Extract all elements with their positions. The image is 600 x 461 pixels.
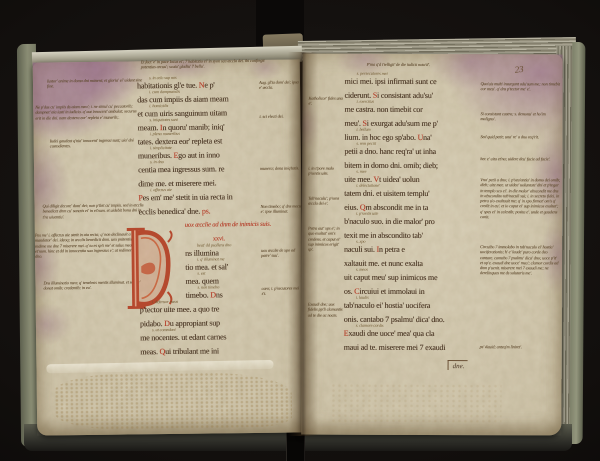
text-segment: timebo.: [186, 290, 211, 299]
marginal-gloss-block: Petra aut' xps e'; in quo exaltat' om's …: [308, 226, 344, 253]
marginal-gloss-block: Ne p'das cu' impiis ds aiam mea'; i. ne …: [35, 103, 141, 120]
psalm-text: tatem dni. et uisitem templu': [344, 189, 496, 199]
manuscript-text-line: s. clamore cordisExaudi dne uoce' mea' q…: [344, 324, 496, 339]
text-segment: naculi sui.: [344, 245, 377, 254]
text-segment: maui ad te. miserere mei 7 exaudi: [344, 343, 446, 352]
manuscript-text-line: s. rem peciitpetii a dno. hanc req'ra' u…: [344, 142, 496, 157]
manuscript-text-line: i. exercitusme castra. non timebit cor: [344, 100, 496, 115]
marginal-gloss-block: i. in t'pore malo p'sentis uite.: [308, 166, 342, 177]
manuscript-text-line: s. persecutores meimici mei. ipsi infirm…: [345, 72, 497, 87]
psalm-text: tab'naculo ei' hostia' uocifera: [344, 301, 496, 311]
psalm-text: Exaudi dne uoce' mea' qua cla: [344, 329, 496, 339]
manuscript-text-line: i. laudistab'naculo ei' hostia' uocifera: [344, 296, 496, 311]
text-segment: os.: [344, 287, 354, 296]
marginal-gloss-block: Exaudi dne; uox fidelis pp'li clamantis …: [308, 302, 344, 318]
marginal-gloss-block: Katholicor' fides una e'.: [308, 96, 344, 107]
manuscript-text-line: maui ad te. miserere mei 7 exaudi: [344, 338, 496, 353]
right-page: 23 P'ma q'd i'telligit' de die iudicii n…: [301, 54, 562, 436]
psalm-text: uit caput meu' sup inimicos me: [344, 273, 496, 283]
text-segment: tatem dni. et uisitem templu': [344, 189, 429, 198]
text-segment: i exurgat adu'sum me p': [367, 119, 438, 128]
text-segment: centia mea ingressus sum. re: [138, 164, 224, 174]
rubric-letter: ps.: [202, 206, 211, 215]
psalm-text: texit me in abscondito tab': [344, 231, 496, 241]
text-segment: e p': [204, 80, 214, 89]
text-segment: p'tector uite mee. a quo tre: [140, 304, 219, 314]
manuscript-text-line: s. meosuit caput meu' sup inimicos me: [344, 268, 496, 283]
manuscript-text-line: s. xponaculi sui. In petra e: [344, 240, 496, 255]
text-segment: b'naculo suo. in die malor' pro: [344, 217, 434, 226]
text-segment: uit caput meu' sup inimicos me: [344, 273, 437, 282]
text-segment: petii a dno. hanc req'ra' ut inha: [344, 147, 436, 156]
psalm-text: petii a dno. hanc req'ra' ut inha: [344, 147, 496, 157]
follicle-texture: [55, 372, 293, 431]
text-segment: ecclis benedica' dne.: [139, 207, 202, 217]
cover-edge-right: [570, 42, 586, 444]
manuscript-text-line: bitem in domo dni. omib; dieb;: [344, 156, 496, 171]
main-text-column-left: s. in celo sup noshabitationis gl'e tue.…: [137, 75, 292, 357]
marginal-gloss-block: Iudei gaudent q'nia' innocent' ingressi …: [50, 137, 150, 149]
manuscript-text-line: texit me in abscondito tab': [344, 226, 496, 241]
text-segment: mici mei. ipsi infirmati sunt ce: [345, 77, 437, 86]
text-segment: tab'naculo ei' hostia' uocifera: [344, 301, 430, 310]
text-segment: ircuiui et immolaui in: [359, 287, 424, 296]
text-segment: ns: [216, 290, 223, 299]
manuscript-text-line: i. delectatione'tatem dni. et uisitem te…: [344, 184, 496, 199]
page-number: 23: [514, 64, 524, 75]
text-segment: go aut in inno: [178, 150, 220, 160]
manuscript-text-line: i. p'sentis uiteb'naculo suo. in die mal…: [344, 212, 496, 227]
manuscript-text-line: uox æcclie ad dnm de inimicis suis.: [139, 215, 291, 231]
text-segment: meas.: [140, 347, 159, 356]
psalm-text: b'naculo suo. in die malor' pro: [344, 217, 496, 227]
marginal-gloss-block: Tab'naculu'; p'sens æccla dei e'.: [308, 196, 344, 207]
manuscript-photo: { "palette": { "background": "#14100e", …: [0, 0, 600, 461]
text-segment: n petra e: [379, 245, 405, 254]
photo-background: Et fact' e' in pace locus ei'; 7 habitat…: [0, 0, 600, 461]
psalm-text: bitem in domo dni. omib; dieb;: [344, 161, 496, 171]
psalm-text: maui ad te. miserere mei 7 exaudi: [344, 343, 496, 353]
header-gloss: P'ma q'd i'telligit' de die iudicii nota…: [367, 62, 487, 68]
marginal-gloss-block: Iustor' anime in domo dni manent; et glo…: [47, 77, 145, 89]
text-segment: xaudi dne uoce' mea' qua cla: [348, 329, 434, 338]
main-text-column-right: s. persecutores meimici mei. ipsi infirm…: [344, 72, 497, 353]
text-segment: u appropiant sup: [170, 318, 220, 328]
text-segment: ui tribulant me ini: [165, 346, 219, 356]
marginal-gloss-block: Qui diligit decore' dom' dei; non p'ibit…: [42, 202, 146, 219]
text-segment: tio mea. et sal': [185, 262, 228, 272]
text-segment: t uidea' uolun: [379, 175, 419, 184]
manuscript-text-line: meas. Qui tribulant me ini: [140, 340, 292, 356]
catchword: dne.: [448, 360, 468, 370]
header-gloss: Et fact' e' in pace locus ei'; 7 habitat…: [141, 58, 267, 70]
text-segment: es em' me' stetit in uia recta in: [143, 192, 233, 202]
psalm-text: mici mei. ipsi infirmati sunt ce: [345, 77, 497, 87]
text-segment: me nocentes. ut edant carnes: [140, 332, 226, 342]
text-segment: me castra. non timebit cor: [344, 105, 422, 114]
psalm-text: meas. Qui tribulant me ini: [140, 345, 292, 356]
psalm-text: me castra. non timebit cor: [344, 105, 496, 115]
text-segment: i consistant adu'su': [377, 91, 433, 100]
text-segment: na': [423, 133, 431, 142]
follicle-texture: [331, 384, 501, 425]
text-segment: lium. in hoc ego sp'abo.: [344, 133, 417, 142]
psalm-text: naculi sui. In petra e: [344, 245, 496, 255]
rubric-letter: uox æcclie ad dnm de inimicis suis.: [185, 221, 271, 229]
left-page: Et fact' e' in pace locus ei'; 7 habitat…: [33, 59, 305, 435]
parchment-light-band: [46, 360, 273, 373]
